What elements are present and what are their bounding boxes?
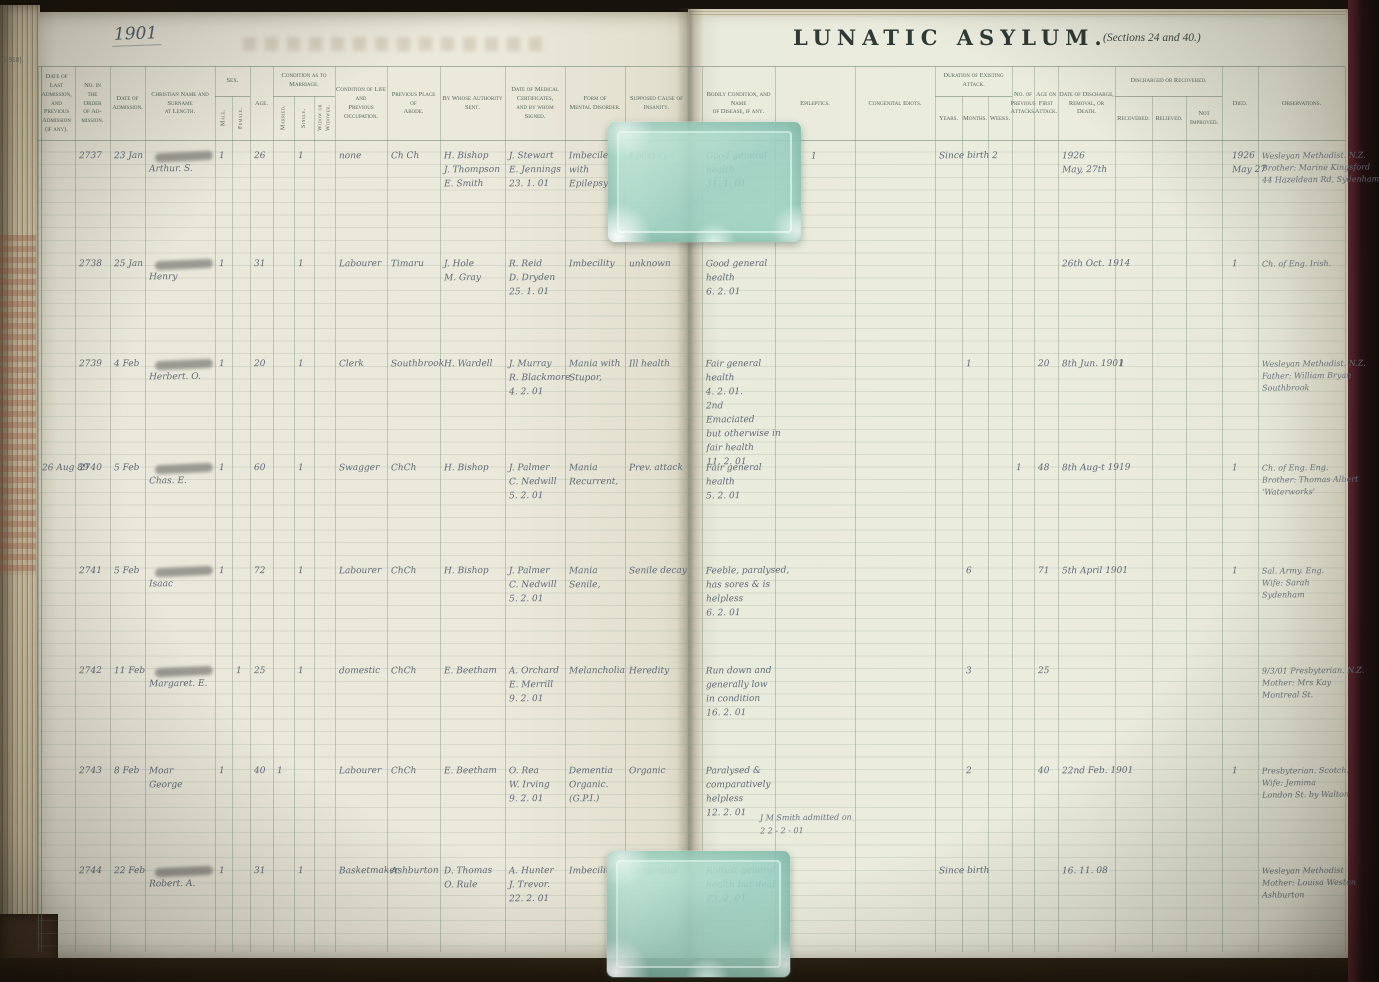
column-header-weeks: Weeks. — [988, 100, 1012, 138]
ledger-cell-age: 20 — [254, 358, 287, 372]
grid-line-vertical — [1345, 66, 1346, 952]
column-header-relieved: Relieved. — [1152, 100, 1186, 138]
ledger-cell-male: 1 — [219, 865, 246, 879]
ledger-cell-name: Margaret. E. — [149, 665, 229, 693]
grid-line-vertical — [38, 66, 39, 952]
ledger-cell-observations: Wesleyan Methodist Mother: Louisa Weston… — [1262, 864, 1379, 901]
ledger-cell-name: Arthur. S. — [149, 150, 229, 178]
ledger-cell-name: Robert. A. — [149, 865, 229, 893]
ledger-cell-name: Henry — [149, 258, 229, 286]
grid-line-vertical — [962, 96, 963, 952]
column-header-marriage: Condition as to Marriage. — [273, 68, 335, 94]
column-header-widowed: Widow or Widower. — [314, 96, 335, 140]
ledger-cell-years: Since birth — [939, 150, 999, 165]
column-header-med_cert: Date of Medical Certificates, and by who… — [505, 70, 565, 138]
ledger-cell-bodily: Fair general health 4. 2. 01. 2nd Emacia… — [705, 358, 794, 470]
column-header-authority: By Whose Authority Sent. — [440, 70, 505, 138]
column-header-single: Single. — [294, 96, 314, 140]
grid-line-vertical — [1034, 66, 1035, 952]
ledger-cell-discharge: 16. 11. 08 — [1062, 865, 1137, 880]
column-header-female: Female. — [232, 96, 250, 140]
grid-line-vertical — [1012, 66, 1013, 952]
ledger-cell-observations: Sal. Army. Eng. Wife: Sarah Sydenham — [1262, 564, 1379, 601]
grid-line-vertical — [145, 66, 146, 952]
column-header-sex: Sex. — [215, 68, 250, 94]
red-margin-line — [41, 66, 42, 952]
ledger-cell-observations: 9/3/01 Presbyterian. N.Z. Mother: Mrs Ka… — [1262, 664, 1379, 701]
column-header-discharge: Date of Discharge, Removal, or Death. — [1058, 70, 1115, 138]
column-header-duration: Duration of Existing Attack. — [935, 68, 1012, 94]
redaction-bar — [155, 359, 213, 371]
ledger-cell-authority: E. Beetham — [444, 765, 519, 780]
annotation-note: J M Smith admitted on 2 2 - 2 - 01 — [760, 812, 852, 839]
ledger-cell-male: 1 — [219, 565, 246, 579]
ledger-cell-observations: Presbyterian. Scotch. Wife: Jemima Londo… — [1262, 764, 1379, 801]
grid-line-vertical — [215, 66, 216, 952]
ledger-cell-months: 6 — [966, 565, 1002, 579]
column-header-observations: Observations. — [1258, 70, 1345, 138]
grid-line-vertical — [1186, 96, 1187, 952]
grid-line-vertical — [440, 66, 441, 952]
column-header-idiots: Congenital Idiots. — [855, 70, 935, 138]
ledger-cell-cause: Senile decay — [629, 565, 702, 580]
column-header-recovered: Recovered. — [1115, 100, 1152, 138]
ledger-cell-authority: E. Beetham — [444, 665, 519, 680]
ledger-cell-single: 1 — [298, 665, 328, 679]
ledger-cell-years: Since birth — [939, 865, 999, 880]
ledger-cell-male: 1 — [219, 462, 246, 476]
grid-line-vertical — [232, 96, 233, 952]
ledger-cell-observations: Ch. of Eng. Irish. — [1262, 257, 1379, 270]
ledger-cell-single: 1 — [298, 358, 328, 372]
redaction-bar — [155, 666, 213, 678]
ledger-cell-age: 25 — [254, 665, 287, 679]
redaction-bar — [155, 463, 213, 475]
grid-line-vertical — [1152, 96, 1153, 952]
column-header-prev_attacks: No. of Previous Attacks. — [1012, 70, 1034, 138]
ledger-cell-cause: Organic — [629, 765, 702, 780]
ledger-cell-single: 1 — [298, 258, 328, 272]
grid-line-vertical — [1058, 66, 1059, 952]
column-header-name: Christian Name and Surname at Length. — [145, 70, 215, 138]
ledger-cell-age: 60 — [254, 462, 287, 476]
grid-line-horizontal — [38, 66, 1345, 67]
ledger-cell-married: 1 — [277, 765, 308, 779]
ledger-cell-age: 31 — [254, 865, 287, 879]
ledger-cell-months: 1 — [966, 358, 1002, 372]
grid-line-vertical — [250, 66, 251, 952]
grid-line-vertical — [294, 96, 295, 952]
ledger-cell-age: 26 — [254, 150, 287, 164]
grid-line-vertical — [505, 66, 506, 952]
grid-line-vertical — [1222, 66, 1223, 952]
ledger-cell-weeks: 2 — [992, 150, 1026, 164]
ledger-photograph: [2.918] 1901 LUNATIC ASYLUM. (Sections 2… — [0, 0, 1379, 982]
redaction-bar — [155, 259, 213, 271]
glass-paperweight-top — [608, 122, 801, 242]
ledger-cell-recovered: 1 — [1119, 358, 1166, 372]
ledger-cell-name: Isaac — [149, 565, 229, 593]
ledger-cell-bodily: Fair general health 5. 2. 01 — [706, 462, 794, 505]
ledger-cell-male: 1 — [219, 358, 246, 372]
grid-line-horizontal — [935, 96, 1012, 97]
grid-line-vertical — [1115, 66, 1116, 952]
ledger-cell-months: 3 — [966, 665, 1002, 679]
column-header-months: Months. — [962, 100, 988, 138]
grid-line-vertical — [565, 66, 566, 952]
redaction-bar — [155, 566, 213, 578]
column-header-age_first: Age on First Attack. — [1034, 70, 1058, 138]
ledger-cell-authority: H. Wardell — [444, 358, 519, 373]
column-header-married: Married. — [273, 96, 294, 140]
ledger-cell-single: 1 — [298, 865, 328, 879]
glass-paperweight-bottom — [607, 851, 790, 977]
ledger-cell-name: Chas. E. — [149, 462, 229, 490]
ledger-cell-single: 1 — [298, 462, 328, 476]
ledger-cell-cause: Ill health — [629, 358, 702, 373]
column-header-male: Male. — [215, 96, 232, 140]
ledger-cell-single: 1 — [298, 565, 328, 579]
ledger-cell-cause: Prev. attack — [629, 462, 702, 477]
column-header-abode: Previous Place of Abode. — [387, 70, 440, 138]
grid-line-vertical — [387, 66, 388, 952]
ledger-cell-age: 72 — [254, 565, 287, 579]
ledger-cell-observations: Wesleyan Methodist. N.Z. Father: William… — [1262, 357, 1379, 394]
ledger-cell-name: Moar George — [149, 765, 229, 794]
ledger-cell-discharge: 5th April 1901 — [1062, 565, 1137, 580]
ledger-cell-epileptics: 1 — [811, 150, 901, 165]
grid-line-vertical — [110, 66, 111, 952]
ledger-cell-observations: Wesleyan Methodist. N.Z. Brother: Marine… — [1262, 149, 1379, 186]
ledger-cell-male: 1 — [219, 150, 246, 164]
redaction-bar — [155, 866, 213, 878]
column-header-discharged_group: Discharged or Recovered. — [1115, 68, 1222, 94]
grid-line-vertical — [314, 96, 315, 952]
ledger-cell-months: 2 — [966, 765, 1002, 779]
ledger-cell-observations: Ch. of Eng. Eng. Brother: Thomas Albert … — [1262, 461, 1379, 498]
column-header-date_adm: Date of Admission. — [110, 70, 145, 138]
column-header-not_improved: Not Improved. — [1186, 100, 1222, 138]
column-header-age: Age. — [250, 70, 273, 138]
column-header-occupation: Condition of Life and Previous Occupatio… — [335, 70, 387, 138]
column-header-years: Years. — [935, 100, 962, 138]
grid-line-vertical — [1258, 66, 1259, 952]
ledger-cell-discharge: 22nd Feb. 1901 — [1062, 765, 1137, 780]
ledger-cell-bodily: Feeble, paralysed, has sores & is helple… — [706, 565, 795, 622]
ledger-cell-cause: unknown — [629, 258, 702, 273]
grid-line-vertical — [855, 66, 856, 952]
grid-line-vertical — [273, 66, 274, 952]
column-header-died: Died. — [1222, 70, 1258, 138]
grid-line-vertical — [935, 66, 936, 952]
ledger-cell-age: 31 — [254, 258, 287, 272]
ledger-cell-cause: Heredity — [629, 665, 702, 680]
grid-line-horizontal — [1115, 96, 1222, 97]
ledger-cell-male: 1 — [219, 765, 246, 779]
ledger-cell-discharge: 1926 May, 27th — [1062, 150, 1137, 179]
grid-line-vertical — [75, 66, 76, 952]
ledger-cell-bodily: Run down and generally low in condition … — [706, 665, 795, 722]
ledger-cell-discharge: 8th Aug-t 1919 — [1062, 462, 1137, 477]
grid-line-vertical — [988, 96, 989, 952]
ledger-cell-discharge: 26th Oct. 1914 — [1062, 258, 1137, 273]
ledger-cell-bodily: Good general health 6. 2. 01 — [706, 258, 794, 301]
column-header-no: No. in the Order of Ad- mission. — [75, 70, 110, 138]
ledger-cell-authority: H. Bishop — [444, 462, 519, 477]
column-header-last_adm: Date of Last Admission, and Previous Adm… — [38, 70, 75, 138]
ledger-cell-male: 1 — [219, 258, 246, 272]
grid-line-vertical — [335, 66, 336, 952]
ledger-cell-age_first: 25 — [1038, 665, 1072, 679]
ledger-cell-name: Herbert. O. — [149, 358, 229, 386]
ledger-cell-authority: H. Bishop — [444, 565, 519, 580]
ledger-cell-single: 1 — [298, 150, 328, 164]
redaction-bar — [155, 151, 213, 163]
